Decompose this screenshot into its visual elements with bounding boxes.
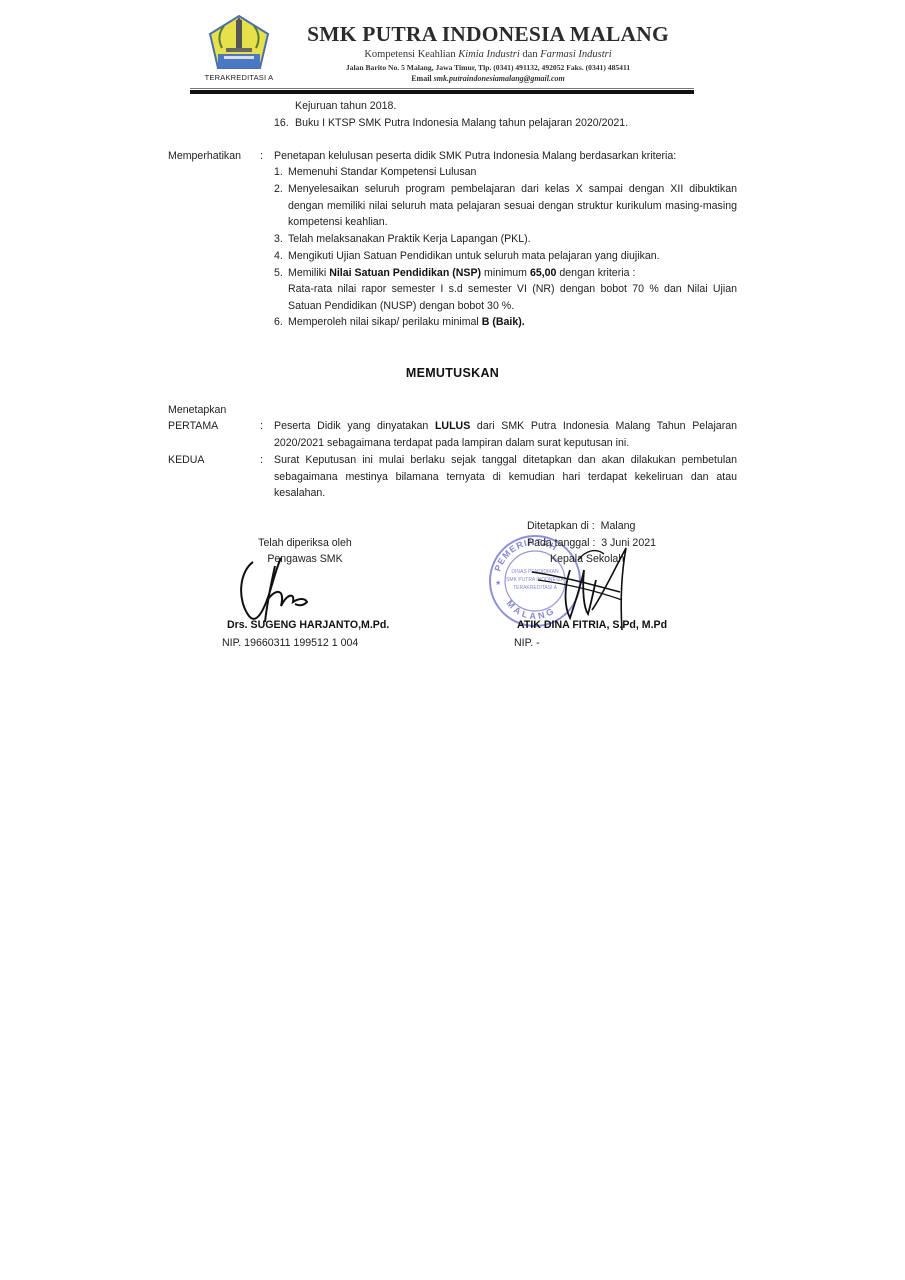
criteria-item-2: Menyelesaikan seluruh program pembelajar… — [288, 181, 737, 231]
kedua-text: Surat Keputusan ini mulai berlaku sejak … — [274, 452, 737, 502]
menetapkan-label: Menetapkan — [168, 402, 226, 419]
memperhatikan-label: Memperhatikan — [168, 148, 241, 165]
criteria-item-5: 5.Memiliki Nilai Satuan Pendidikan (NSP)… — [274, 265, 635, 282]
school-name: SMK PUTRA INDONESIA MALANG — [300, 22, 676, 47]
kedua-label: KEDUA — [168, 452, 205, 469]
kedua-colon: : — [260, 452, 263, 469]
letterhead-rule-thick — [190, 90, 694, 94]
memperhatikan-colon: : — [260, 148, 263, 165]
reference-item-16: 16.Buku I KTSP SMK Putra Indonesia Malan… — [274, 115, 628, 132]
supervisor-signature-icon — [235, 548, 335, 628]
memperhatikan-intro: Penetapan kelulusan peserta didik SMK Pu… — [274, 148, 676, 165]
svg-text:★: ★ — [495, 579, 501, 587]
school-address: Jalan Barito No. 5 Malang, Jawa Timur, T… — [300, 63, 676, 72]
place-set: Ditetapkan di : Malang — [527, 518, 635, 535]
school-email: Email smk.putraindonesiamalang@gmail.com — [300, 74, 676, 83]
decision-heading: MEMUTUSKAN — [160, 366, 745, 380]
criteria-item-1: 1.Memenuhi Standar Kompetensi Lulusan — [274, 164, 476, 181]
criteria-item-3: 3.Telah melaksanakan Praktik Kerja Lapan… — [274, 231, 531, 248]
principal-nip: NIP. - — [514, 635, 540, 652]
pertama-text: Peserta Didik yang dinyatakan LULUS dari… — [274, 418, 737, 451]
school-crest-icon — [206, 14, 272, 72]
criteria-item-6: 6.Memperoleh nilai sikap/ perilaku minim… — [274, 314, 525, 331]
principal-name: ATIK DINA FITRIA, S.Pd, M.Pd — [517, 619, 667, 631]
accreditation-caption: TERAKREDITASI A — [196, 73, 282, 82]
pertama-label: PERTAMA — [168, 418, 218, 435]
supervisor-nip: NIP. 19660311 199512 1 004 — [222, 635, 358, 652]
letterhead-rule-thin — [190, 88, 694, 89]
reference-continuation: Kejuruan tahun 2018. — [295, 98, 396, 115]
competence-line: Kompetensi Keahlian Kimia Industri dan F… — [300, 49, 676, 60]
criteria-item-4: 4.Mengikuti Ujian Satuan Pendidikan untu… — [274, 248, 660, 265]
criteria-item-2-num: 2. — [274, 181, 283, 198]
supervisor-name: Drs. SUGENG HARJANTO,M.Pd. — [227, 619, 389, 631]
criteria-item-5-detail: Rata-rata nilai rapor semester I s.d sem… — [288, 281, 737, 314]
pertama-colon: : — [260, 418, 263, 435]
